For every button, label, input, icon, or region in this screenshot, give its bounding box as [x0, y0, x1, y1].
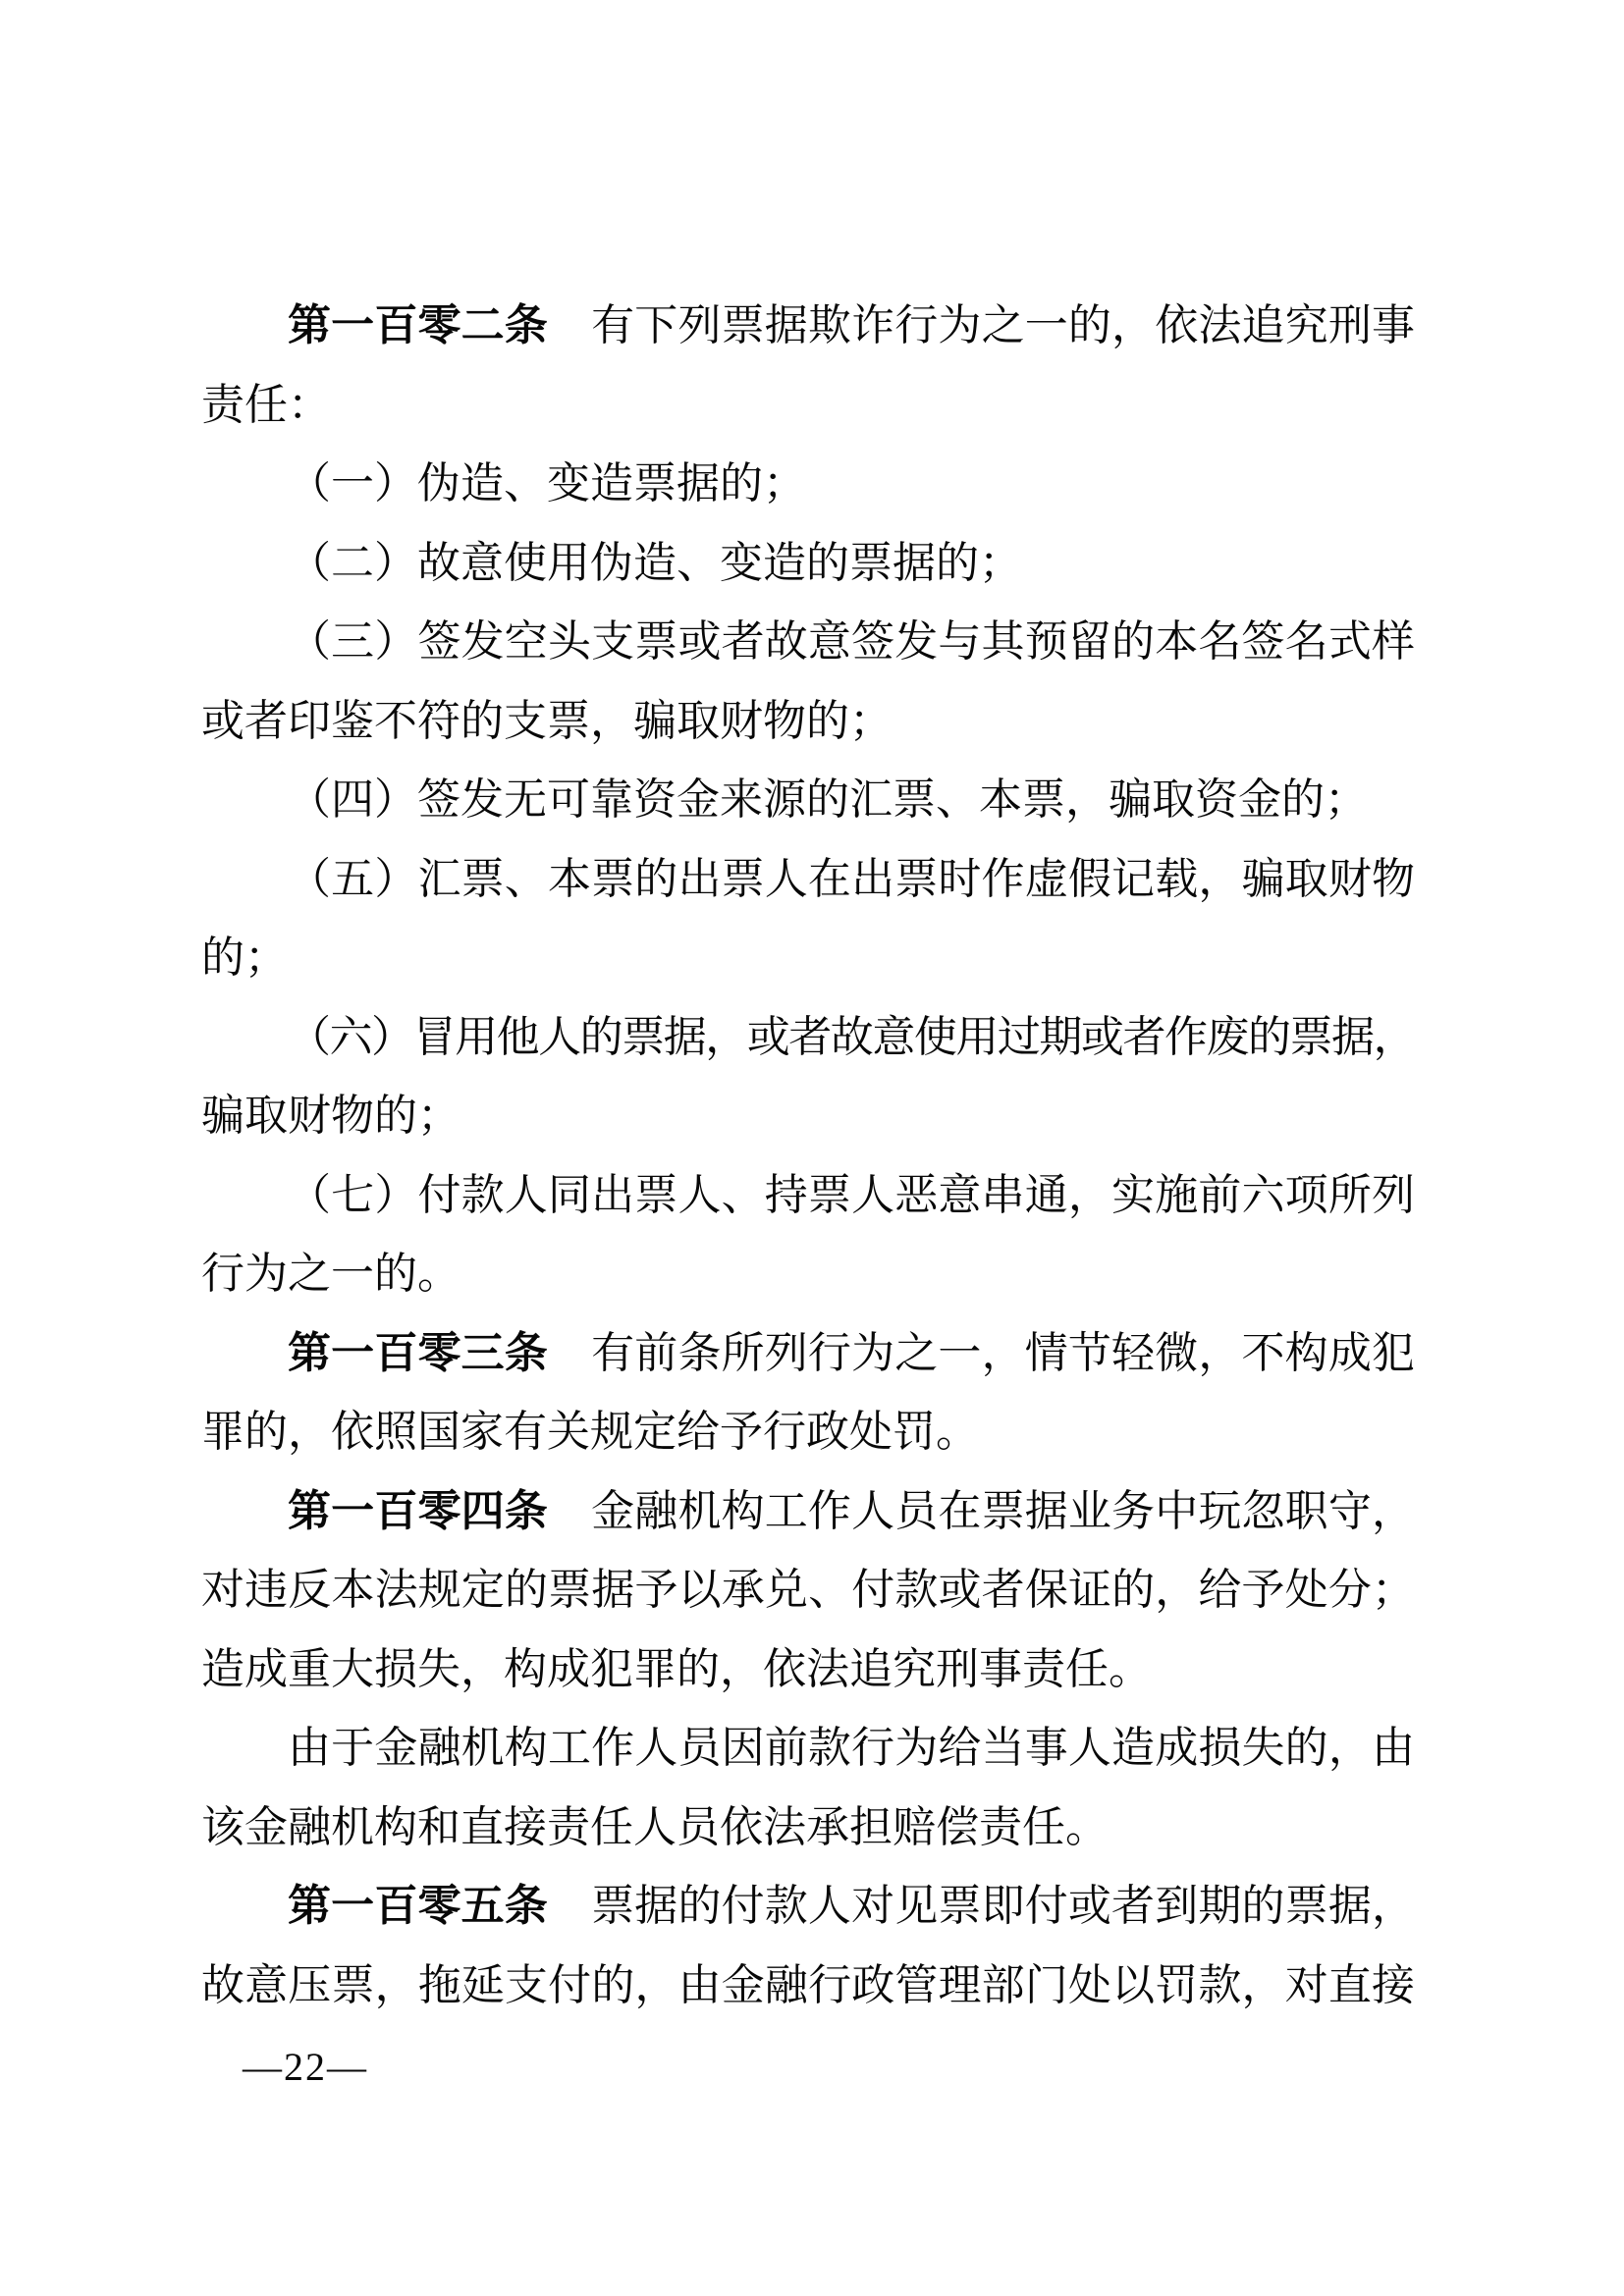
- text-line: （一）伪造、变造票据的；: [201, 445, 1415, 524]
- text-line: （六）冒用他人的票据，或者故意使用过期或者作废的票据，: [201, 998, 1415, 1078]
- text-line: （三）签发空头支票或者故意签发与其预留的本名签名式样: [201, 603, 1415, 682]
- text-line: 由于金融机构工作人员因前款行为给当事人造成损失的，由: [201, 1709, 1415, 1789]
- line-text: 行为之一的。: [201, 1250, 460, 1298]
- text-line: 责任：: [201, 366, 1415, 446]
- text-line: （七）付款人同出票人、持票人恶意串通，实施前六项所列: [201, 1156, 1415, 1236]
- line-text: 票据的付款人对见票即付或者到期的票据，: [591, 1882, 1415, 1930]
- line-text: 由于金融机构工作人员因前款行为给当事人造成损失的，由: [288, 1724, 1415, 1772]
- text-line: 对违反本法规定的票据予以承兑、付款或者保证的，给予处分；: [201, 1551, 1415, 1630]
- line-text: （二）故意使用伪造、变造的票据的；: [288, 539, 1022, 587]
- line-text: 有下列票据欺诈行为之一的，依法追究刑事: [591, 301, 1415, 349]
- line-text: 造成重大损失，构成犯罪的，依法追究刑事责任。: [201, 1645, 1152, 1693]
- line-text: 该金融机构和直接责任人员依法承担赔偿责任。: [201, 1803, 1109, 1851]
- text-line: 行为之一的。: [201, 1235, 1415, 1314]
- line-text: 责任：: [201, 381, 331, 429]
- article-number: 第一百零四条: [288, 1487, 548, 1535]
- document-body: 第一百零二条有下列票据欺诈行为之一的，依法追究刑事责任：（一）伪造、变造票据的；…: [201, 287, 1415, 2025]
- line-text: （一）伪造、变造票据的；: [288, 459, 806, 507]
- page-number: —22—: [243, 2048, 368, 2087]
- article-number: 第一百零五条: [288, 1882, 548, 1930]
- line-text: 或者印鉴不符的支票，骗取财物的；: [201, 697, 893, 745]
- text-line: 造成重大损失，构成犯罪的，依法追究刑事责任。: [201, 1630, 1415, 1710]
- text-line: 的；: [201, 919, 1415, 998]
- text-line: （二）故意使用伪造、变造的票据的；: [201, 524, 1415, 604]
- line-text: 有前条所列行为之一，情节轻微，不构成犯: [591, 1329, 1415, 1377]
- text-line: 或者印鉴不符的支票，骗取财物的；: [201, 682, 1415, 762]
- line-text: （七）付款人同出票人、持票人恶意串通，实施前六项所列: [288, 1171, 1415, 1219]
- line-text: （三）签发空头支票或者故意签发与其预留的本名签名式样: [288, 617, 1415, 666]
- article-number: 第一百零二条: [288, 301, 548, 349]
- line-text: （六）冒用他人的票据，或者故意使用过期或者作废的票据，: [288, 1013, 1415, 1061]
- text-line: （四）签发无可靠资金来源的汇票、本票，骗取资金的；: [201, 761, 1415, 840]
- text-line: 第一百零四条金融机构工作人员在票据业务中玩忽职守，: [201, 1472, 1415, 1552]
- line-text: 对违反本法规定的票据予以承兑、付款或者保证的，给予处分；: [201, 1566, 1415, 1614]
- article-number: 第一百零三条: [288, 1329, 548, 1377]
- text-line: 第一百零五条票据的付款人对见票即付或者到期的票据，: [201, 1867, 1415, 1947]
- line-text: 故意压票，拖延支付的，由金融行政管理部门处以罚款，对直接: [201, 1961, 1415, 2009]
- text-line: 故意压票，拖延支付的，由金融行政管理部门处以罚款，对直接: [201, 1947, 1415, 2026]
- text-line: （五）汇票、本票的出票人在出票时作虚假记载，骗取财物: [201, 840, 1415, 920]
- line-text: （四）签发无可靠资金来源的汇票、本票，骗取资金的；: [288, 775, 1368, 824]
- line-text: 金融机构工作人员在票据业务中玩忽职守，: [591, 1487, 1415, 1535]
- document-page: 第一百零二条有下列票据欺诈行为之一的，依法追究刑事责任：（一）伪造、变造票据的；…: [0, 0, 1624, 2296]
- text-line: 第一百零三条有前条所列行为之一，情节轻微，不构成犯: [201, 1314, 1415, 1394]
- line-text: 骗取财物的；: [201, 1092, 460, 1140]
- text-line: 第一百零二条有下列票据欺诈行为之一的，依法追究刑事: [201, 287, 1415, 366]
- text-line: 该金融机构和直接责任人员依法承担赔偿责任。: [201, 1789, 1415, 1868]
- line-text: （五）汇票、本票的出票人在出票时作虚假记载，骗取财物: [288, 855, 1415, 903]
- text-line: 骗取财物的；: [201, 1077, 1415, 1156]
- line-text: 的；: [201, 934, 288, 982]
- line-text: 罪的，依照国家有关规定给予行政处罚。: [201, 1408, 979, 1456]
- text-line: 罪的，依照国家有关规定给予行政处罚。: [201, 1393, 1415, 1472]
